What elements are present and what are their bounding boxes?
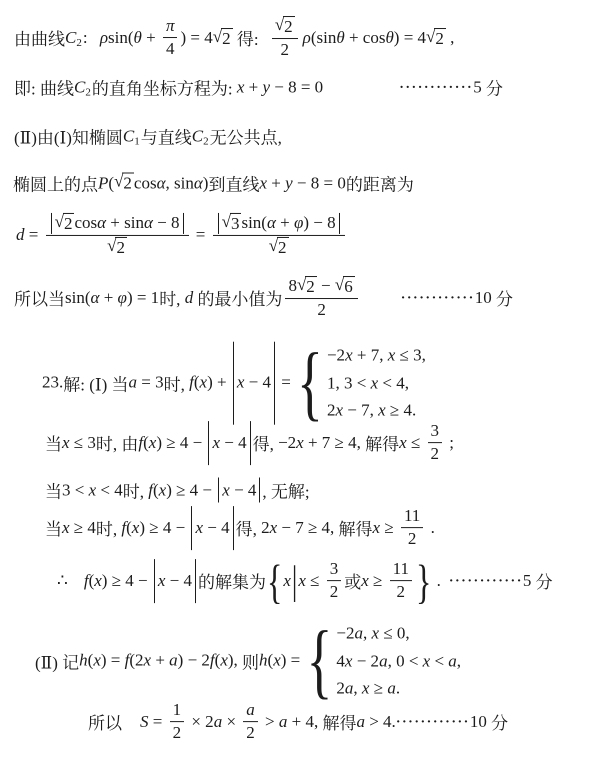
chinese-text: 解得 <box>365 431 399 456</box>
square-root: √2 <box>426 28 446 49</box>
chinese-text: 分 <box>482 75 503 100</box>
chinese-text: 则 <box>238 649 259 674</box>
math-text: ≤ <box>407 433 425 453</box>
line-case-x-ge-4: 当x ≥ 4时, f(x) ≥ 4 − x − 4得, 2x − 7 ≥ 4, … <box>45 506 435 550</box>
absolute-value: x − 4 <box>191 506 233 550</box>
math-text: 11 <box>404 506 420 526</box>
math-text: . <box>432 571 441 591</box>
math-variable: ρ <box>100 28 108 48</box>
math-variable: C <box>123 126 134 146</box>
cases-rows: −2x + 7, x ≤ 3,1, 3 < x < 4,2x − 7, x ≥ … <box>327 342 426 425</box>
math-text: ) ≥ 4 − <box>166 480 216 500</box>
chinese-text: 的直角坐标方程为: <box>92 75 237 100</box>
piecewise-cases: {−2a, x ≤ 0,4x − 2a, 0 < x < a,2a, x ≥ a… <box>307 620 462 703</box>
line-distance-formula: d = √2cosα + sinα − 8√2 = √3sin(α + φ) −… <box>16 213 348 257</box>
math-variable: x <box>94 571 102 591</box>
math-variable: x <box>399 433 407 453</box>
math-text: ) = 1 <box>127 288 159 308</box>
math-text: 3 <box>330 559 339 579</box>
chinese-text: 时, <box>159 286 185 311</box>
math-text: − <box>317 276 335 296</box>
math-subscript: 2 <box>85 86 91 98</box>
math-variable: a <box>279 712 288 732</box>
radicand: 2 <box>115 237 127 258</box>
dots-leader: ············ <box>401 291 475 307</box>
chinese-text: (Ⅱ)由(Ⅰ)知椭圆 <box>14 124 123 149</box>
math-variable: C <box>74 77 85 97</box>
math-text: 2 <box>397 583 406 603</box>
math-variable: a <box>356 712 365 732</box>
spacer <box>323 87 399 88</box>
absolute-value: x − 4 <box>208 421 250 465</box>
math-text: 4 <box>336 647 345 675</box>
math-text: − 7 ≥ 4, <box>277 518 338 538</box>
denominator: √2 <box>107 236 127 258</box>
chinese-text: 椭圆上的点 <box>13 171 98 196</box>
math-variable: a <box>379 647 388 675</box>
math-variable: x <box>93 651 101 671</box>
denominator: 2 <box>246 723 255 744</box>
math-text: 2 <box>317 300 326 320</box>
math-subscript: 2 <box>203 135 209 147</box>
square-root: √2 <box>55 213 75 234</box>
math-text: = <box>25 225 43 245</box>
math-text: ) = <box>101 651 125 671</box>
math-text: ≥ <box>380 518 398 538</box>
math-text: ; <box>445 433 454 453</box>
math-variable: α <box>97 213 106 233</box>
fraction: 112 <box>390 559 412 603</box>
numerator: 11 <box>390 559 412 581</box>
math-variable: x <box>200 373 208 393</box>
math-variable: x <box>132 518 140 538</box>
math-text: 4 <box>166 40 175 60</box>
math-variable: x <box>212 433 220 453</box>
denominator: 2 <box>317 299 326 320</box>
math-variable: x <box>371 369 379 397</box>
math-text: ) ≥ 4 − <box>139 518 189 538</box>
math-text: , sin <box>166 173 194 193</box>
math-variable: α <box>194 173 203 193</box>
dots-leader: ············ <box>396 715 470 731</box>
fraction: 32 <box>428 421 443 465</box>
fraction: 112 <box>401 506 423 550</box>
spacer <box>263 38 269 39</box>
math-variable: C <box>65 28 76 48</box>
big-delimiter: | <box>292 561 297 602</box>
math-variable: x <box>144 651 152 671</box>
math-text: 3 < <box>62 480 89 500</box>
math-variable: y <box>262 77 270 97</box>
math-text: 5 <box>473 77 482 97</box>
math-variable: x <box>89 480 97 500</box>
math-variable: x <box>373 518 381 538</box>
math-text: 6 <box>344 277 353 296</box>
math-variable: α <box>144 213 153 233</box>
math-variable: a <box>214 712 223 732</box>
denominator: 2 <box>330 582 339 603</box>
math-text: 11 <box>393 559 409 579</box>
math-variable: d <box>16 225 25 245</box>
math-variable: x <box>62 433 70 453</box>
math-variable: x <box>388 342 396 370</box>
math-text: ≤ 3 <box>70 433 96 453</box>
fraction: a2 <box>243 700 258 744</box>
math-text: −2 <box>336 620 354 648</box>
radicand: 2 <box>305 276 317 297</box>
math-text: sin( <box>108 28 134 48</box>
chinese-text: 的解集为 <box>198 569 266 594</box>
case-row: 2a, x ≥ a. <box>336 675 400 703</box>
math-text: , <box>457 647 461 675</box>
math-variable: φ <box>294 213 303 233</box>
math-text: 3 <box>231 214 240 233</box>
square-root: √2 <box>213 28 233 49</box>
absolute-value: x − 4 <box>218 478 260 503</box>
math-variable: x <box>283 571 291 591</box>
math-variable: α <box>157 173 166 193</box>
math-variable: x <box>361 571 369 591</box>
chinese-text: 无公共点, <box>210 124 282 149</box>
numerator: 3 <box>428 421 443 443</box>
math-text: + 7, <box>353 342 388 370</box>
math-variable: α <box>267 213 276 233</box>
math-variable: x <box>237 77 245 97</box>
math-text: 1, 3 < <box>327 369 371 397</box>
math-variable: x <box>62 518 70 538</box>
math-variable: a <box>387 675 396 703</box>
math-text: , 0 < <box>388 647 423 675</box>
line-case-x-le-3: 当x ≤ 3时, 由f(x) ≥ 4 − x − 4得, −2x + 7 ≥ 4… <box>45 421 454 465</box>
math-variable: θ <box>385 28 393 48</box>
math-variable: d <box>185 288 194 308</box>
math-text: ≥ <box>369 571 387 591</box>
math-variable: x <box>423 647 431 675</box>
math-variable: P <box>98 173 108 193</box>
denominator: 2 <box>431 444 440 465</box>
math-variable: a <box>345 675 354 703</box>
math-variable: h <box>79 651 88 671</box>
chinese-text: 分 <box>531 569 552 594</box>
math-text: −2 <box>278 433 296 453</box>
denominator: 2 <box>408 529 417 550</box>
math-text: < <box>430 647 448 675</box>
math-text: + sin <box>106 213 144 233</box>
radicand: 6 <box>343 276 355 297</box>
math-text: ) + <box>207 373 231 393</box>
chinese-text: 分 <box>487 710 508 735</box>
math-text: 2 <box>116 238 125 257</box>
math-variable: a <box>169 651 178 671</box>
math-text: − 8 = 0 <box>293 173 346 193</box>
math-variable: a <box>355 620 364 648</box>
chinese-text: 当 <box>45 478 62 503</box>
denominator: 2 <box>173 723 182 744</box>
math-text: 2 <box>435 29 444 48</box>
math-text: > 4. <box>365 712 396 732</box>
line-part2-hx-piecewise: (Ⅱ) 记h(x) = f(2x + a) − 2f(x), 则h(x) = {… <box>35 620 461 703</box>
numerator: a <box>243 700 258 722</box>
math-text: 8 <box>288 276 297 296</box>
math-text: 23. <box>42 373 63 393</box>
fraction: √3sin(α + φ) − 8√2 <box>213 213 345 257</box>
numerator: √2cosα + sinα − 8 <box>46 213 189 236</box>
chinese-text: 分 <box>492 286 513 311</box>
chinese-text: 时, <box>96 516 122 541</box>
math-text: . <box>426 518 435 538</box>
math-text: ) = 4 <box>180 28 212 48</box>
math-text: = <box>192 225 210 245</box>
case-row: 4x − 2a, 0 < x < a, <box>336 647 461 675</box>
math-variable: x <box>220 651 228 671</box>
math-text: 2 <box>64 214 73 233</box>
math-text: 2 <box>431 445 440 465</box>
radicand: 2 <box>277 237 289 258</box>
math-text: + <box>142 28 160 48</box>
math-text: , <box>446 28 455 48</box>
math-text: (2 <box>129 651 143 671</box>
square-root: √2 <box>107 237 127 258</box>
math-text: 2 <box>284 17 293 36</box>
math-text: + cos <box>345 28 386 48</box>
math-variable: y <box>285 173 293 193</box>
math-text: − 8 <box>153 213 180 233</box>
math-text: −2 <box>327 342 345 370</box>
spacer <box>441 581 449 582</box>
math-solution-document: 由曲线C2: ρsin(θ + π4) = 4√2 得: √22ρ(sinθ +… <box>0 0 593 783</box>
math-subscript: 2 <box>76 37 82 49</box>
math-text: ) − 2 <box>178 651 210 671</box>
math-text: − 4 <box>165 571 192 591</box>
math-variable: x <box>158 571 166 591</box>
chinese-text: , 无解; <box>262 478 309 503</box>
chinese-text: 即: 曲线 <box>14 75 74 100</box>
math-text: 2 <box>330 583 339 603</box>
fraction: 8√2 − √62 <box>285 276 357 320</box>
line-solution-set-score5: ∴f(x) ≥ 4 − x − 4的解集为{x|x ≤ 32或x ≥ 112} … <box>57 559 553 603</box>
denominator: 2 <box>397 582 406 603</box>
chinese-text: 时, 由 <box>96 431 139 456</box>
math-text: ) ≥ 4 − <box>156 433 206 453</box>
math-text: − 4 <box>220 433 247 453</box>
radicand: 2 <box>283 16 295 37</box>
math-text: 10 <box>470 712 487 732</box>
numerator: 8√2 − √6 <box>285 276 357 299</box>
math-text: 2 <box>408 530 417 550</box>
math-text: 2 <box>306 277 315 296</box>
radicand: 2 <box>434 28 446 49</box>
math-text: > <box>261 712 279 732</box>
math-text: 2 <box>222 29 231 48</box>
math-text: = <box>149 712 167 732</box>
math-variable: x <box>149 433 157 453</box>
line-part2-no-common-points: (Ⅱ)由(Ⅰ)知椭圆C1与直线C2无公共点, <box>14 124 282 149</box>
math-text: + 4, <box>287 712 322 732</box>
square-root: √2 <box>275 16 295 37</box>
spacer <box>92 38 100 39</box>
fraction: 32 <box>327 559 342 603</box>
fraction: π4 <box>163 16 178 60</box>
math-text: = 3 <box>137 373 164 393</box>
math-variable: x <box>270 518 278 538</box>
math-text: × 2 <box>187 712 214 732</box>
case-row: 1, 3 < x < 4, <box>327 369 409 397</box>
line-q23-part1-piecewise: 23.解: (Ⅰ) 当a = 3时, f(x) + x − 4 = {−2x +… <box>42 342 426 425</box>
math-variable: x <box>345 342 353 370</box>
math-variable: x <box>222 480 230 500</box>
cases-brace-icon: { <box>297 341 323 425</box>
math-text: . <box>396 675 400 703</box>
math-variable: x <box>362 675 370 703</box>
math-text: ) − 8 <box>303 213 335 233</box>
math-text: sin( <box>241 213 267 233</box>
math-text: cos <box>74 213 97 233</box>
line-area-inequality-score10: 所以S = 12 × 2a × a2 > a + 4, 解得a > 4.····… <box>88 700 508 744</box>
chinese-text: 得: <box>233 26 263 51</box>
square-root: √6 <box>335 276 355 297</box>
square-root: √3 <box>222 213 242 234</box>
math-text: ≥ <box>369 675 387 703</box>
math-variable: φ <box>118 288 127 308</box>
math-text: + <box>267 173 285 193</box>
chinese-text: 解: (Ⅰ) 当 <box>63 371 128 396</box>
math-text: ≤ 3, <box>395 342 426 370</box>
spacer <box>361 298 401 299</box>
radicand: 3 <box>230 213 242 234</box>
math-text: ), <box>228 651 238 671</box>
chinese-text: 由曲线 <box>14 26 65 51</box>
math-text: + 7 ≥ 4, <box>304 433 365 453</box>
math-text: 2 <box>123 174 132 193</box>
big-delimiter: } <box>416 557 431 605</box>
math-text: : <box>83 28 92 48</box>
square-root: √2 <box>297 276 317 297</box>
math-text: × <box>222 712 240 732</box>
math-text: 1 <box>173 700 182 720</box>
chinese-text: 解得 <box>322 710 356 735</box>
big-delimiter: { <box>267 557 282 605</box>
math-variable: x <box>195 518 203 538</box>
math-text: (sin <box>311 28 337 48</box>
math-variable: x <box>345 647 353 675</box>
chinese-text: 时, <box>123 478 149 503</box>
math-variable: x <box>259 173 267 193</box>
math-text: < 4 <box>96 480 123 500</box>
math-text: ) = <box>281 651 305 671</box>
absolute-value: √2cosα + sinα − 8 <box>51 213 184 234</box>
math-variable: a <box>448 647 457 675</box>
absolute-value: x − 4 <box>233 342 275 425</box>
numerator: 3 <box>327 559 342 581</box>
math-text: ≤ 0, <box>379 620 410 648</box>
denominator: 4 <box>166 39 175 60</box>
chinese-text: 解得 <box>339 516 373 541</box>
cases-rows: −2a, x ≤ 0,4x − 2a, 0 < x < a,2a, x ≥ a. <box>336 620 461 703</box>
chinese-text: 当 <box>45 516 62 541</box>
math-text: + <box>276 213 294 233</box>
math-variable: S <box>140 712 149 732</box>
math-text: 2 <box>246 724 255 744</box>
math-text: + <box>99 288 117 308</box>
math-variable: ρ <box>303 28 311 48</box>
math-text: 3 <box>431 421 440 441</box>
math-variable: θ <box>336 28 344 48</box>
math-text: − 2 <box>352 647 379 675</box>
numerator: 11 <box>401 506 423 528</box>
math-variable: x <box>237 373 245 393</box>
math-text: sin( <box>65 288 91 308</box>
numerator: √3sin(α + φ) − 8 <box>213 213 345 236</box>
chinese-text: 得, <box>253 431 279 456</box>
square-root: √2 <box>114 173 134 194</box>
radicand: 2 <box>221 28 233 49</box>
math-text: , <box>353 675 362 703</box>
line-c2-rect-equation-score5: 即: 曲线C2的直角坐标方程为: x + y − 8 = 0··········… <box>14 75 503 100</box>
math-text: − 8 = 0 <box>270 77 323 97</box>
math-text: = <box>277 373 295 393</box>
math-text: ≤ <box>306 571 324 591</box>
math-variable: a <box>246 700 255 720</box>
line-case-3-x-4: 当3 < x < 4时, f(x) ≥ 4 − x − 4, 无解; <box>45 478 310 503</box>
case-row: −2x + 7, x ≤ 3, <box>327 342 426 370</box>
math-text: + <box>244 77 262 97</box>
radicand: 2 <box>122 173 134 194</box>
math-text: 2 <box>173 724 182 744</box>
chinese-text: 到直线 <box>208 171 259 196</box>
math-text: , <box>363 620 372 648</box>
math-text: ∴ <box>57 571 68 591</box>
dots-leader: ············ <box>449 574 523 590</box>
math-text: 2 <box>278 238 287 257</box>
math-variable: h <box>259 651 268 671</box>
chinese-text: 所以当 <box>14 286 65 311</box>
cases-brace-icon: { <box>307 619 333 703</box>
line-point-distance-setup: 椭圆上的点P(√2cosα, sinα)到直线x + y − 8 = 0的距离为 <box>13 171 414 196</box>
math-text: < 4, <box>378 369 409 397</box>
dots-leader: ············ <box>399 80 473 96</box>
fraction: √2cosα + sinα − 8√2 <box>46 213 189 257</box>
absolute-value: √3sin(α + φ) − 8 <box>218 213 340 234</box>
fraction: √22 <box>272 16 298 60</box>
square-root: √2 <box>269 237 289 258</box>
math-text: ) = 4 <box>394 28 426 48</box>
denominator: 2 <box>280 39 289 60</box>
math-text: − 4 <box>244 373 271 393</box>
denominator: √2 <box>269 236 289 258</box>
chinese-text: 的最小值为 <box>193 286 282 311</box>
chinese-text: 时, <box>164 371 190 396</box>
line-curve-c2-polar-derivation: 由曲线C2: ρsin(θ + π4) = 4√2 得: √22ρ(sinθ +… <box>14 16 454 60</box>
math-text: ≥ 4 <box>70 518 96 538</box>
math-text: 10 <box>475 288 492 308</box>
math-text: 2 <box>261 518 270 538</box>
numerator: √2 <box>272 16 298 39</box>
fraction: 12 <box>170 700 185 744</box>
numerator: 1 <box>170 700 185 722</box>
math-variable: x <box>273 651 281 671</box>
math-variable: x <box>296 433 304 453</box>
math-text: 5 <box>523 571 532 591</box>
math-variable: C <box>192 126 203 146</box>
spacer <box>122 722 140 723</box>
math-variable: θ <box>134 28 142 48</box>
math-text: ) ≥ 4 − <box>102 571 152 591</box>
math-variable: α <box>91 288 100 308</box>
math-variable: a <box>129 373 138 393</box>
math-subscript: 1 <box>134 135 140 147</box>
chinese-text: 当 <box>45 431 62 456</box>
case-row: −2a, x ≤ 0, <box>336 620 409 648</box>
